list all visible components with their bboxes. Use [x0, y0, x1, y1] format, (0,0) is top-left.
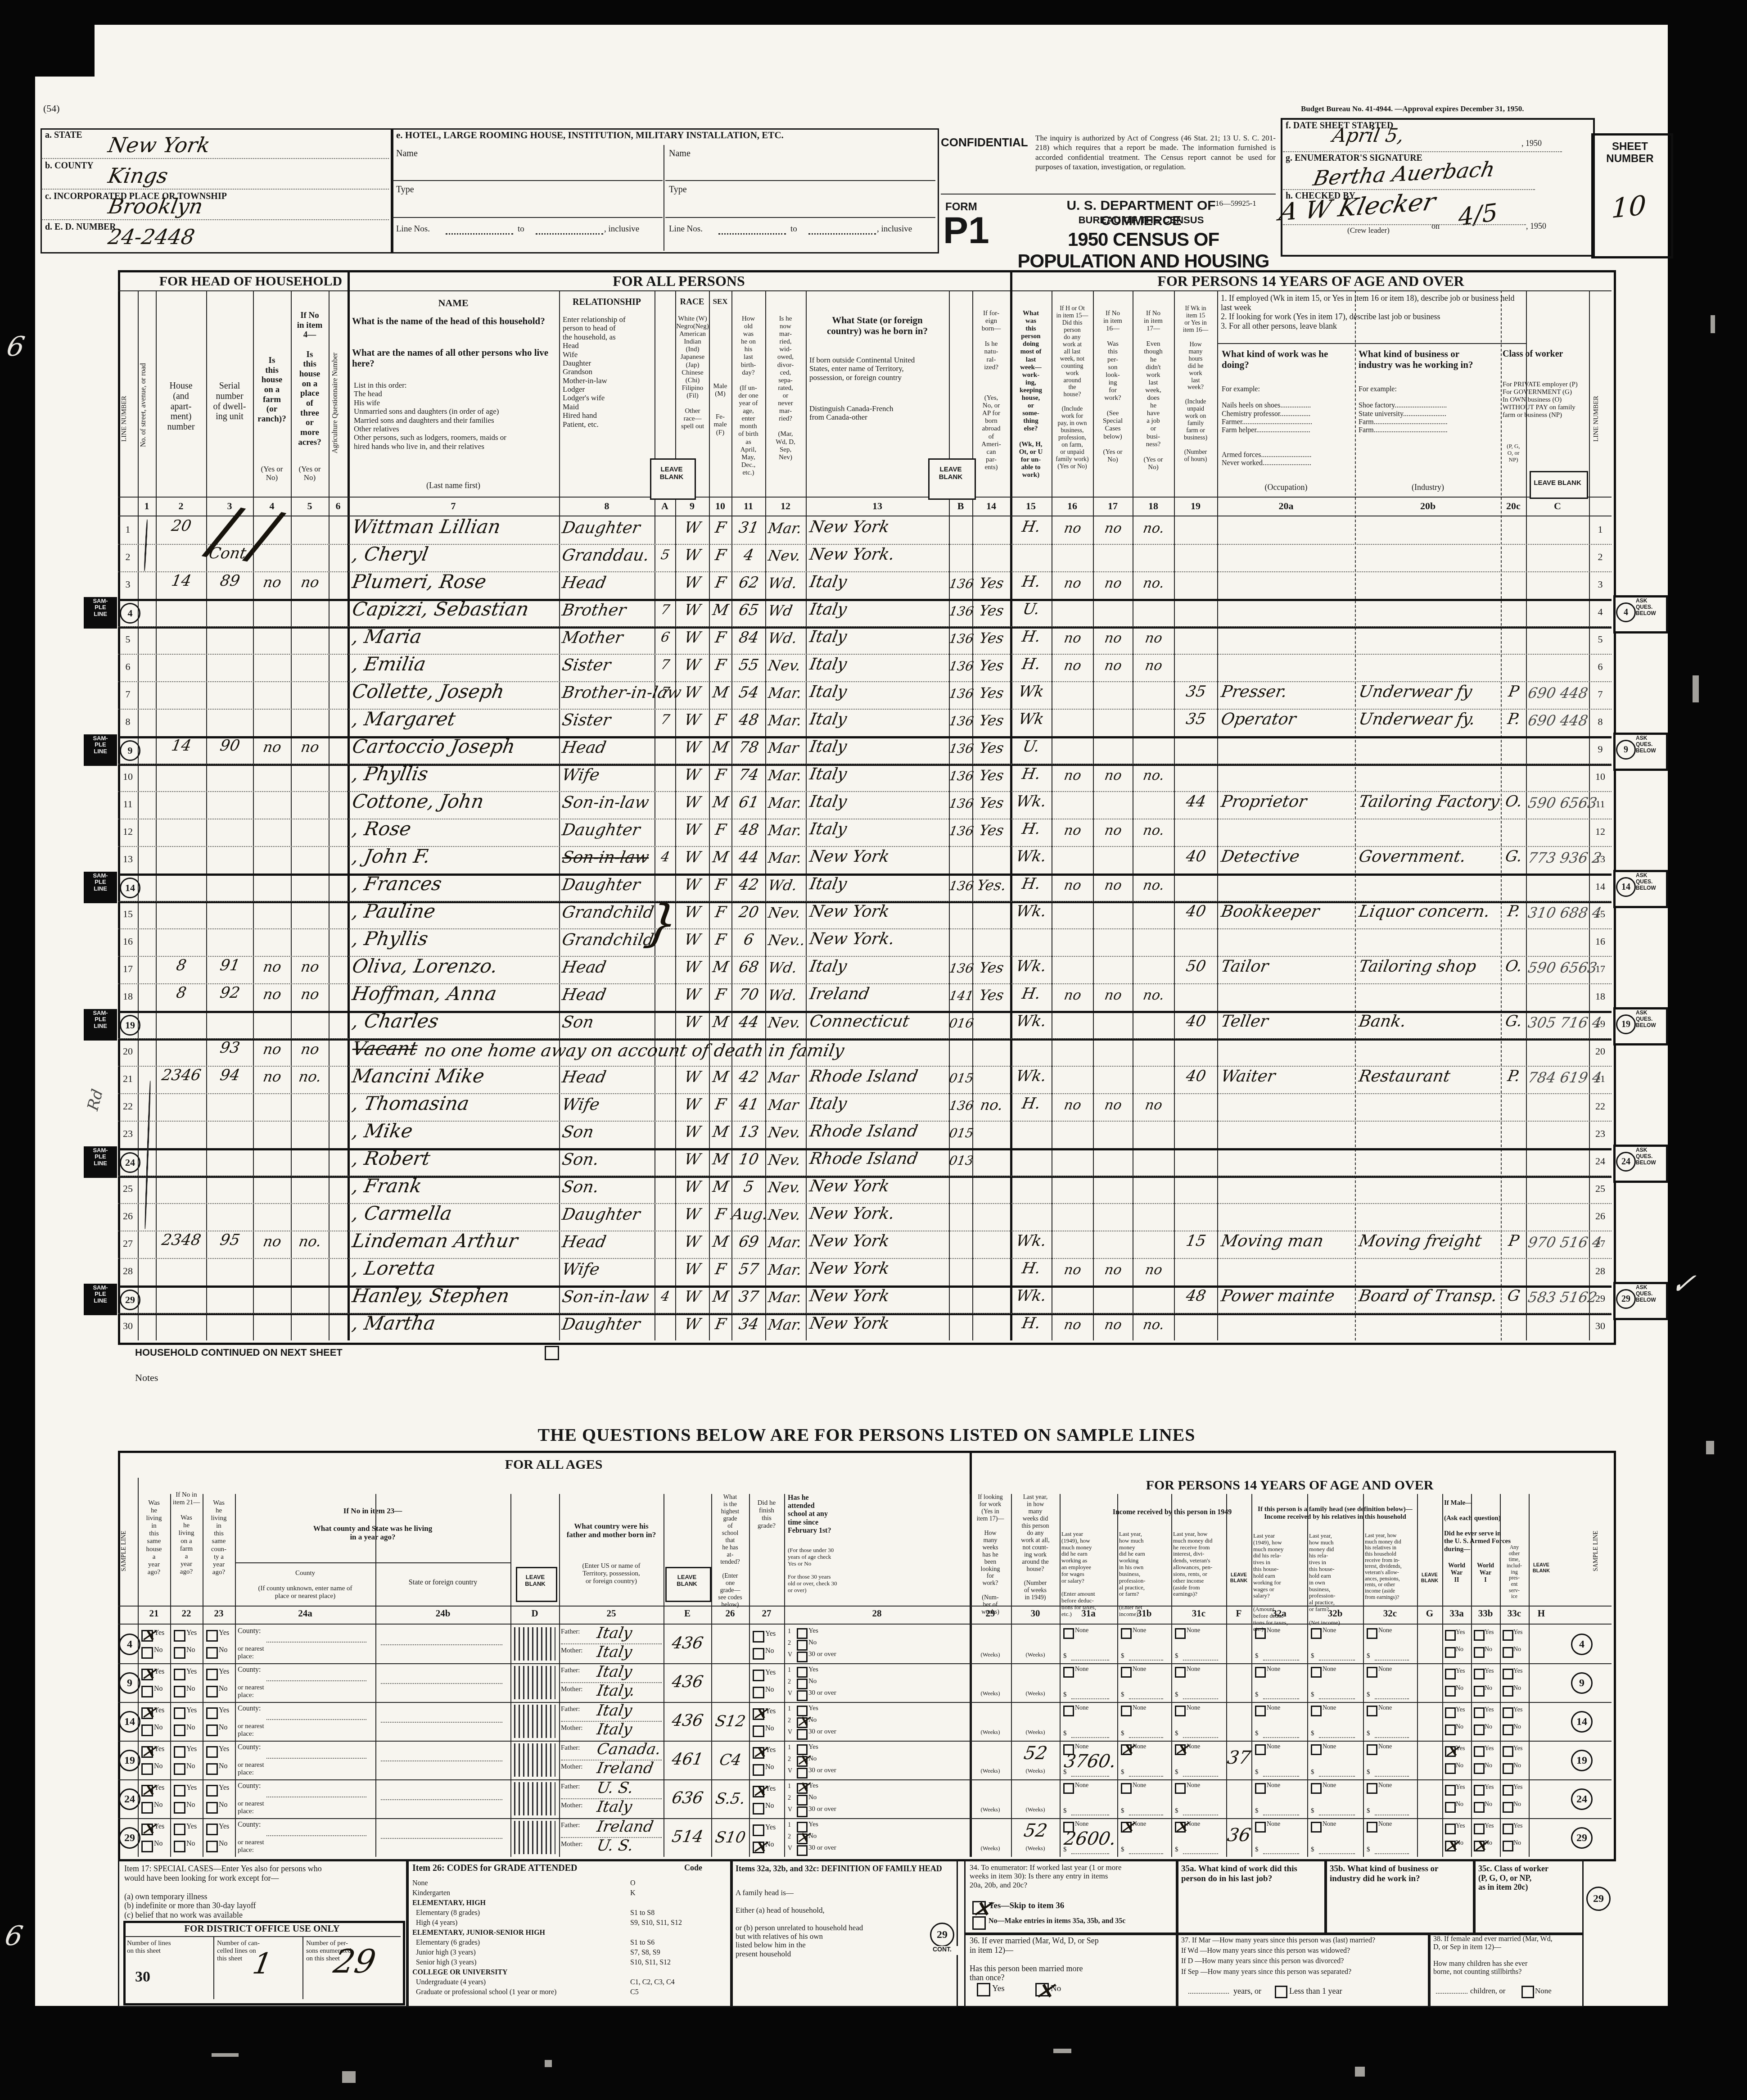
srow-29-c21-no[interactable] — [141, 1841, 153, 1852]
sample-tab-9: SAM- PLE LINE — [84, 734, 117, 766]
hdr-age: How old was he on his last birth- day? (… — [732, 315, 764, 477]
srow-24-c21-yes[interactable]: ✕ — [141, 1785, 153, 1797]
srow-14-c33b-no[interactable] — [1474, 1724, 1485, 1735]
srow-29-c22-yes[interactable] — [174, 1824, 185, 1835]
srow-19-c31b-none[interactable]: ✕ — [1121, 1744, 1132, 1755]
srow-19-c33c-yes-l: Yes — [1513, 1745, 1530, 1754]
line-num-r-9: 9 — [1589, 743, 1612, 755]
srow-19-27-yes[interactable]: ✕ — [753, 1747, 764, 1759]
r9-nat: Yes — [971, 741, 1011, 760]
srow-24-c22-yes[interactable] — [174, 1785, 185, 1797]
srow-4-state-line — [381, 1644, 502, 1645]
r2-a: 5 — [653, 548, 677, 566]
srow-24-28-no[interactable] — [797, 1795, 808, 1806]
r30-c15: H. — [1008, 1316, 1053, 1335]
srow-4-c31a-none-l: None — [1075, 1627, 1102, 1636]
line-num-l-5: 5 — [118, 634, 138, 645]
colnum-mar: 12 — [765, 500, 806, 513]
r19-sex: M — [707, 1014, 733, 1034]
band-head-of-household: FOR HEAD OF HOUSEHOLD — [147, 274, 354, 289]
hdr-agq: Agriculture Questionnaire Number — [331, 311, 345, 495]
srow-9-c32b-none[interactable] — [1311, 1667, 1322, 1678]
srow-14-c31c-none[interactable] — [1175, 1706, 1186, 1716]
sample-num-top — [118, 1606, 1612, 1607]
r1-age: 31 — [730, 520, 767, 540]
srow-4-c23-yes[interactable] — [206, 1630, 218, 1642]
srow-29-c31c-none[interactable]: ✕ — [1175, 1822, 1186, 1833]
r18-age: 70 — [730, 987, 767, 1007]
srow-9-c33c-yes[interactable] — [1503, 1669, 1513, 1679]
srow-24-c31c-line — [1183, 1815, 1218, 1815]
srow-4-c33c-no[interactable] — [1503, 1647, 1513, 1658]
srow-14-28-over30-l: 30 or over — [808, 1728, 858, 1737]
srow-9-c31c-none[interactable] — [1175, 1667, 1186, 1678]
srow-9-c31b-none[interactable] — [1121, 1667, 1132, 1678]
srow-9-c32a-none[interactable] — [1255, 1667, 1266, 1678]
srow-19-c23-no-l: No — [219, 1762, 237, 1772]
srow-14-c22-yes[interactable] — [174, 1707, 185, 1719]
srow-4-c21-yes[interactable]: ✕ — [141, 1630, 153, 1642]
leave-blank-b: LEAVE BLANK — [932, 466, 970, 481]
snum-c21: 21 — [138, 1608, 170, 1621]
r13-a: 4 — [653, 851, 677, 869]
r13-age: 44 — [730, 850, 767, 869]
srow-9-c33a-yes[interactable] — [1445, 1669, 1456, 1679]
item36-no-checkbox[interactable]: ✕ — [1035, 1983, 1049, 1996]
place-value-2: Brooklyn — [106, 196, 335, 221]
srow-14-c32b-none[interactable] — [1311, 1706, 1322, 1716]
colnum-sex: 10 — [709, 500, 731, 513]
srow-9-c23-no-l: No — [219, 1685, 237, 1695]
r21-b: 015 — [948, 1072, 974, 1089]
hdr-occ-title: What kind of work was he doing? — [1222, 349, 1350, 371]
sample-top-14 — [118, 873, 1612, 876]
srow-24-c33c-no[interactable] — [1503, 1802, 1513, 1813]
srow-19-27-no[interactable] — [753, 1764, 764, 1776]
srow-14-c33b-no-l: No — [1485, 1724, 1501, 1733]
r14-rel: Daughter — [560, 877, 657, 898]
r13-mar: Mar. — [766, 851, 808, 869]
srow-24-c22-yes-l: Yes — [186, 1784, 204, 1794]
srow-29-c33a-no[interactable]: ✕ — [1445, 1841, 1456, 1851]
srow-circ-r-29: 29 — [1571, 1827, 1593, 1849]
srow-29-c33b-yes[interactable] — [1474, 1824, 1485, 1834]
srow-29-c32b-none[interactable] — [1311, 1822, 1322, 1833]
srow-24-27-yes[interactable]: ✕ — [753, 1786, 764, 1797]
srow-29-c22-no[interactable] — [174, 1841, 185, 1852]
srow-29-county-line — [266, 1835, 366, 1836]
srow-9-28-yes[interactable] — [797, 1667, 808, 1678]
srow-19-28-no[interactable]: ✕ — [797, 1756, 808, 1767]
srow-14-c33c-yes-l: Yes — [1513, 1706, 1530, 1715]
srow-4-c22-yes[interactable] — [174, 1630, 185, 1642]
srow-29-c32c-none[interactable] — [1367, 1822, 1377, 1833]
r19-c19: 40 — [1172, 1014, 1219, 1033]
item36-yes-checkbox[interactable] — [977, 1983, 990, 1996]
line-number-left: LINE NUMBER — [121, 342, 134, 495]
srow-9-c32c-none[interactable] — [1367, 1667, 1377, 1678]
r21-code: 784 619 4 — [1526, 1070, 1590, 1089]
srow-14-c31a-none[interactable] — [1063, 1706, 1074, 1716]
r22-race: W — [673, 1097, 711, 1117]
srow-4-27-yes[interactable] — [753, 1631, 764, 1643]
r9-sex: M — [707, 740, 733, 760]
r14-age: 42 — [730, 877, 767, 897]
r8-age: 48 — [730, 712, 767, 732]
leave-blank-c: LEAVE BLANK — [1530, 479, 1584, 487]
footer-circ-29: 29 — [1586, 1887, 1611, 1911]
srow-9-28-over30[interactable] — [797, 1690, 808, 1701]
srow-29-c33a-yes[interactable] — [1445, 1824, 1456, 1834]
srow-9-c23-no[interactable] — [206, 1686, 218, 1697]
r18-acres: no — [289, 987, 330, 1006]
srow-14-c21-yes[interactable]: ✕ — [141, 1707, 153, 1719]
r13-ind: Government. — [1357, 849, 1504, 869]
srow-19-c33b-no[interactable] — [1474, 1763, 1485, 1774]
r5-c15: H. — [1008, 629, 1053, 649]
r10-mar: Mar. — [766, 768, 808, 787]
srow-29-c32a-none[interactable] — [1255, 1822, 1266, 1833]
srow-24-28-over30[interactable] — [797, 1806, 808, 1817]
srow-14-c32a-none[interactable] — [1255, 1706, 1266, 1716]
code-line-value-11: C5 — [630, 1988, 724, 1998]
srow-9-father-l: Father: — [561, 1667, 597, 1676]
srow-9-c32b-line — [1319, 1698, 1355, 1699]
r15-cls: P. — [1499, 904, 1528, 923]
srow-9-c32b-dollar: $ — [1311, 1691, 1318, 1700]
r19-name: , Charles — [350, 1012, 564, 1035]
srow-19-c23-yes[interactable] — [206, 1746, 218, 1758]
srow-14-c33c-no[interactable] — [1503, 1724, 1513, 1735]
srow-9-c21-no[interactable] — [141, 1686, 153, 1697]
snum-c27: 27 — [749, 1608, 784, 1621]
srow-4-c32b-none[interactable] — [1311, 1628, 1322, 1639]
srow-14-c33c-yes[interactable] — [1503, 1707, 1513, 1718]
srow-29-28-no[interactable]: ✕ — [797, 1833, 808, 1844]
srow-19-c33c-yes[interactable] — [1503, 1746, 1513, 1757]
band-persons-14: FOR PERSONS 14 YEARS OF AGE AND OVER — [1117, 273, 1504, 289]
srow-19-county-line — [266, 1758, 366, 1759]
srow-24-c33b-no[interactable] — [1474, 1802, 1485, 1813]
r27-occ: Moving man — [1219, 1233, 1359, 1254]
r17-serial: 91 — [204, 958, 255, 978]
srow-29-c33c-yes-l: Yes — [1513, 1823, 1530, 1832]
r28-c16: no — [1050, 1263, 1094, 1281]
srow-24-28-yes[interactable]: ✕ — [797, 1783, 808, 1794]
srow-19-c23-no[interactable] — [206, 1763, 218, 1775]
srow-9-c22-no[interactable] — [174, 1686, 185, 1697]
srow-14-c31b-none[interactable] — [1121, 1706, 1132, 1716]
srow-4-c33a-no[interactable] — [1445, 1647, 1456, 1658]
srow-9-c31c-dollar: $ — [1175, 1691, 1182, 1700]
srow-14-c23-no[interactable] — [206, 1724, 218, 1736]
margin-check: ✓ — [1668, 1270, 1705, 1301]
srow-14-c23-yes[interactable] — [206, 1707, 218, 1719]
r30-race: W — [673, 1317, 711, 1336]
sheet-number-value: 10 — [1611, 192, 1648, 227]
office2-value: 1 — [248, 1950, 292, 1990]
row-sep-26 — [118, 1231, 1612, 1231]
item34-yes-checkbox[interactable]: ✕ — [972, 1901, 986, 1914]
srow-14-c33c-no-l: No — [1513, 1724, 1530, 1733]
srow-9-c33b-no[interactable] — [1474, 1686, 1485, 1697]
srow-14-c33a-yes[interactable] — [1445, 1707, 1456, 1718]
srow-9-c22-yes[interactable] — [174, 1669, 185, 1680]
srow-24-c31a-none[interactable] — [1063, 1783, 1074, 1794]
srow-14-c32c-none[interactable] — [1367, 1706, 1377, 1716]
srow-4-c31b-none[interactable] — [1121, 1628, 1132, 1639]
srow-14-c33b-yes[interactable] — [1474, 1707, 1485, 1718]
srow-14-28-no[interactable]: ✕ — [797, 1717, 808, 1728]
srow-9-27-yes[interactable] — [753, 1670, 764, 1681]
srow-4-c21-no-l: No — [154, 1646, 172, 1656]
colnum-c18: 18 — [1133, 500, 1174, 513]
srow-19-c33b-yes[interactable] — [1474, 1746, 1485, 1757]
shdr-32top: If this person is a family head (see def… — [1253, 1506, 1417, 1521]
srow-14-c21-no[interactable] — [141, 1724, 153, 1736]
srow-29-c33c-no[interactable] — [1503, 1841, 1513, 1851]
item37-less-checkbox[interactable] — [1275, 1986, 1287, 1998]
srow-9-c32a-line — [1263, 1698, 1299, 1699]
srow-24-c32b-none[interactable] — [1311, 1783, 1322, 1794]
item38-none-checkbox[interactable] — [1521, 1986, 1534, 1998]
srow-4-c31a-none[interactable] — [1063, 1628, 1074, 1639]
srow-4-c31c-none[interactable] — [1175, 1628, 1186, 1639]
srow-9-c23-yes[interactable] — [206, 1669, 218, 1680]
srow-29-c33b-no[interactable]: ✕ — [1474, 1841, 1485, 1851]
r10-born: Italy — [808, 766, 952, 787]
r14-c17: no — [1091, 879, 1134, 897]
srow-14-d-hatch — [514, 1705, 555, 1738]
srow-24-c23-yes[interactable] — [206, 1785, 218, 1797]
r3-c16: no — [1050, 577, 1094, 595]
r17-rel: Head — [560, 959, 657, 980]
item37-less-label: Less than 1 year — [1289, 1987, 1379, 1996]
srow-4-28-no[interactable] — [797, 1640, 808, 1651]
sample-tab-24: SAM- PLE LINE — [84, 1146, 117, 1178]
srow-9-c31a-line — [1071, 1698, 1109, 1699]
r27-house: 2348 — [154, 1232, 208, 1252]
srow-24-c33a-yes[interactable] — [1445, 1785, 1456, 1796]
srow-19-28-over30-l: 30 or over — [808, 1767, 858, 1776]
srow-24-c33a-yes-l: Yes — [1456, 1784, 1472, 1793]
srow-4-c33c-yes[interactable] — [1503, 1630, 1513, 1641]
srow-9-c31b-line — [1129, 1698, 1163, 1699]
hotel-r1-0 — [393, 180, 663, 181]
srow-19-c32c-none[interactable] — [1367, 1744, 1377, 1755]
srow-29-28-over30-l: 30 or over — [808, 1844, 858, 1853]
srow-14-mother-l: Mother: — [561, 1724, 597, 1733]
srow-24-c32a-none[interactable] — [1255, 1783, 1266, 1794]
r28-c15: H. — [1008, 1261, 1053, 1281]
line-circ-9: 9 — [120, 740, 140, 761]
srow-29-28-no-l: No — [808, 1833, 858, 1842]
srow-24-c32c-none[interactable] — [1367, 1783, 1377, 1794]
srow-4-c33b-yes[interactable] — [1474, 1630, 1485, 1641]
srow-29-c31b-none[interactable]: ✕ — [1121, 1822, 1132, 1833]
item34-no-checkbox[interactable] — [972, 1916, 986, 1930]
shdr-e-label: LEAVE BLANK — [669, 1574, 705, 1588]
srow-24-27-no[interactable] — [753, 1803, 764, 1815]
r19-occ: Teller — [1219, 1014, 1359, 1034]
srow-29-c33c-yes[interactable] — [1503, 1824, 1513, 1834]
sample-tab-14: SAM- PLE LINE — [84, 872, 117, 903]
srow-4-27-no[interactable] — [753, 1648, 764, 1660]
srow-19-28-over30[interactable] — [797, 1768, 808, 1779]
srow-14-c22-no[interactable] — [174, 1724, 185, 1736]
srow-4-c21-no[interactable] — [141, 1647, 153, 1659]
r27-code: 970 516 4 — [1526, 1235, 1590, 1254]
r13-code: 773 936 2 — [1526, 851, 1590, 869]
sample-col-line-c32c — [1363, 1494, 1364, 1857]
srow-19-c33a-no[interactable] — [1445, 1763, 1456, 1774]
date-value: April 5, — [1331, 126, 1470, 149]
srow-29-c32b-line — [1319, 1853, 1355, 1854]
r8-occ: Operator — [1219, 711, 1359, 732]
r27-name: Lindeman Arthur — [350, 1231, 564, 1255]
cont-circ: 29 — [930, 1923, 954, 1947]
srow-4-c32a-none[interactable] — [1255, 1628, 1266, 1639]
srow-29-c23-yes[interactable] — [206, 1824, 218, 1835]
srow-14-c31a-line — [1071, 1737, 1109, 1738]
snum-c31a: 31a — [1060, 1608, 1117, 1621]
srow-24-c33a-no[interactable] — [1445, 1802, 1456, 1813]
srow-24-c33a-no-l: No — [1456, 1801, 1472, 1810]
srow-4-28-over30[interactable] — [797, 1652, 808, 1662]
srow-4-28-yes[interactable] — [797, 1628, 808, 1639]
srow-4-c33b-no[interactable] — [1474, 1647, 1485, 1658]
hdr-name-list: List in this order: The head His wife Un… — [354, 381, 553, 451]
srow-29-28-over30[interactable] — [797, 1845, 808, 1856]
srow-9-c31a-none[interactable] — [1063, 1667, 1074, 1678]
row-sep-2 — [118, 571, 1612, 572]
srow-sep-4 — [118, 1779, 1612, 1780]
code-line-value-3: S1 to S8 — [630, 1909, 724, 1919]
srow-9-27-no[interactable] — [753, 1687, 764, 1698]
srow-14-c31c-none-l: None — [1187, 1705, 1214, 1714]
r27-acres: no. — [289, 1234, 330, 1253]
r7-cls: P — [1499, 684, 1528, 704]
srow-9-c31c-line — [1183, 1698, 1218, 1699]
srow-19-c31c-none[interactable]: ✕ — [1175, 1744, 1186, 1755]
srow-9-c33c-no[interactable] — [1503, 1686, 1513, 1697]
srow-19-c32a-none[interactable] — [1255, 1744, 1266, 1755]
r19-rel: Son — [560, 1014, 657, 1035]
r27-age: 69 — [730, 1234, 767, 1254]
r19-c15: Wk. — [1008, 1014, 1053, 1033]
srow-19-c22-no[interactable] — [174, 1763, 185, 1775]
srow-24-c22-no[interactable] — [174, 1802, 185, 1814]
speck-4 — [1355, 2067, 1365, 2077]
srow-24-28-no-n: 2 — [788, 1795, 795, 1804]
srow-29-c23-no[interactable] — [206, 1841, 218, 1852]
r15-sex: F — [707, 905, 733, 924]
row-sep-11 — [118, 819, 1612, 819]
snum-c33c: 33c — [1500, 1608, 1529, 1621]
r8-a: 7 — [653, 713, 677, 731]
srow-29-27-yes[interactable] — [753, 1824, 764, 1836]
srow-24-c31c-none[interactable] — [1175, 1783, 1186, 1794]
srow-9-c33a-no[interactable] — [1445, 1686, 1456, 1697]
hdr-street: No. of street, avenue, or road — [140, 315, 155, 495]
srow-4-c33a-yes[interactable] — [1445, 1630, 1456, 1641]
snum-d: D — [510, 1608, 559, 1621]
srow-9-28-over30-n: V — [788, 1690, 795, 1699]
srow-19-c22-yes[interactable] — [174, 1746, 185, 1758]
hdr-born-n1: If born outside Continental United State… — [809, 356, 945, 382]
r30-mar: Mar. — [766, 1317, 808, 1336]
srow-14-c31b-dollar: $ — [1121, 1730, 1128, 1739]
srow-14-27-yes[interactable]: ✕ — [753, 1708, 764, 1720]
srow-14-27-yes-l: Yes — [765, 1707, 785, 1717]
srow-24-c33b-yes[interactable] — [1474, 1785, 1485, 1796]
srow-4-mother-l: Mother: — [561, 1647, 597, 1656]
r28-race: W — [673, 1262, 711, 1281]
film-left — [0, 0, 35, 2100]
shdr-28b: (For those under 30 years of age check Y… — [788, 1547, 923, 1594]
srow-9-28-no[interactable] — [797, 1679, 808, 1689]
item37-text: 37. If Mar —How many years since this pe… — [1181, 1935, 1422, 1985]
r1-c18: no. — [1131, 522, 1175, 540]
srow-29-c21-yes[interactable]: ✕ — [141, 1824, 153, 1835]
srow-4-c22-no[interactable] — [174, 1647, 185, 1659]
hdr-name-q2: What are the names of all other persons … — [352, 348, 553, 369]
srow-4-c32c-none[interactable] — [1367, 1628, 1377, 1639]
r24-name: , Robert — [350, 1149, 564, 1172]
srow-24-c31b-none[interactable] — [1121, 1783, 1132, 1794]
srow-19-c33c-no[interactable] — [1503, 1763, 1513, 1774]
srow-29-c33b-no-l: No — [1485, 1840, 1501, 1849]
srow-24-mother-l: Mother: — [561, 1802, 597, 1811]
r29-ind: Board of Transp. — [1357, 1288, 1504, 1309]
srow-24-c21-no[interactable] — [141, 1802, 153, 1814]
r22-b: 136 — [948, 1100, 974, 1117]
srow-29-c32a-line — [1263, 1853, 1299, 1854]
sheet-number-label: SHEET NUMBER — [1596, 140, 1664, 167]
srow-24-c23-no[interactable] — [206, 1802, 218, 1814]
shdr-26: What is the highest grade of school that… — [712, 1494, 748, 1609]
srow-4-c23-no[interactable] — [206, 1647, 218, 1659]
confidential-label: CONFIDENTIAL — [941, 136, 1031, 154]
r8-sex: F — [707, 712, 733, 732]
srow-14-c23-yes-l: Yes — [219, 1706, 237, 1716]
srow-14-28-over30[interactable] — [797, 1729, 808, 1740]
r19-cls: G. — [1499, 1014, 1528, 1033]
srow-24-c33c-yes[interactable] — [1503, 1785, 1513, 1796]
srow-19-c21-yes[interactable]: ✕ — [141, 1746, 153, 1758]
srow-19-c33a-yes[interactable]: ✕ — [1445, 1746, 1456, 1757]
srow-29-27-no[interactable]: ✕ — [753, 1842, 764, 1853]
srow-19-c32b-none[interactable] — [1311, 1744, 1322, 1755]
srow-9-c33b-yes[interactable] — [1474, 1669, 1485, 1679]
srow-circ-r-14: 14 — [1571, 1711, 1593, 1733]
srow-14-c33a-no[interactable] — [1445, 1724, 1456, 1735]
household-continued-checkbox[interactable] — [545, 1346, 559, 1360]
r25-born: New York — [808, 1178, 952, 1199]
srow-circ-l-29: 29 — [119, 1827, 140, 1849]
r11-b: 136 — [948, 797, 974, 815]
r18-c17: no — [1091, 989, 1134, 1007]
r2-mar: Nev. — [766, 548, 808, 567]
srow-19-c21-no[interactable] — [141, 1763, 153, 1775]
shdr-23: Was he living in this same coun- ty a ye… — [203, 1499, 234, 1576]
srow-9-c32b-none-l: None — [1323, 1666, 1350, 1675]
srow-9-c21-yes[interactable]: ✕ — [141, 1669, 153, 1680]
r20-acres: no — [289, 1042, 330, 1061]
srow-14-27-no[interactable] — [753, 1725, 764, 1737]
r11-mar: Mar. — [766, 796, 808, 815]
r22-sex: F — [707, 1097, 733, 1117]
